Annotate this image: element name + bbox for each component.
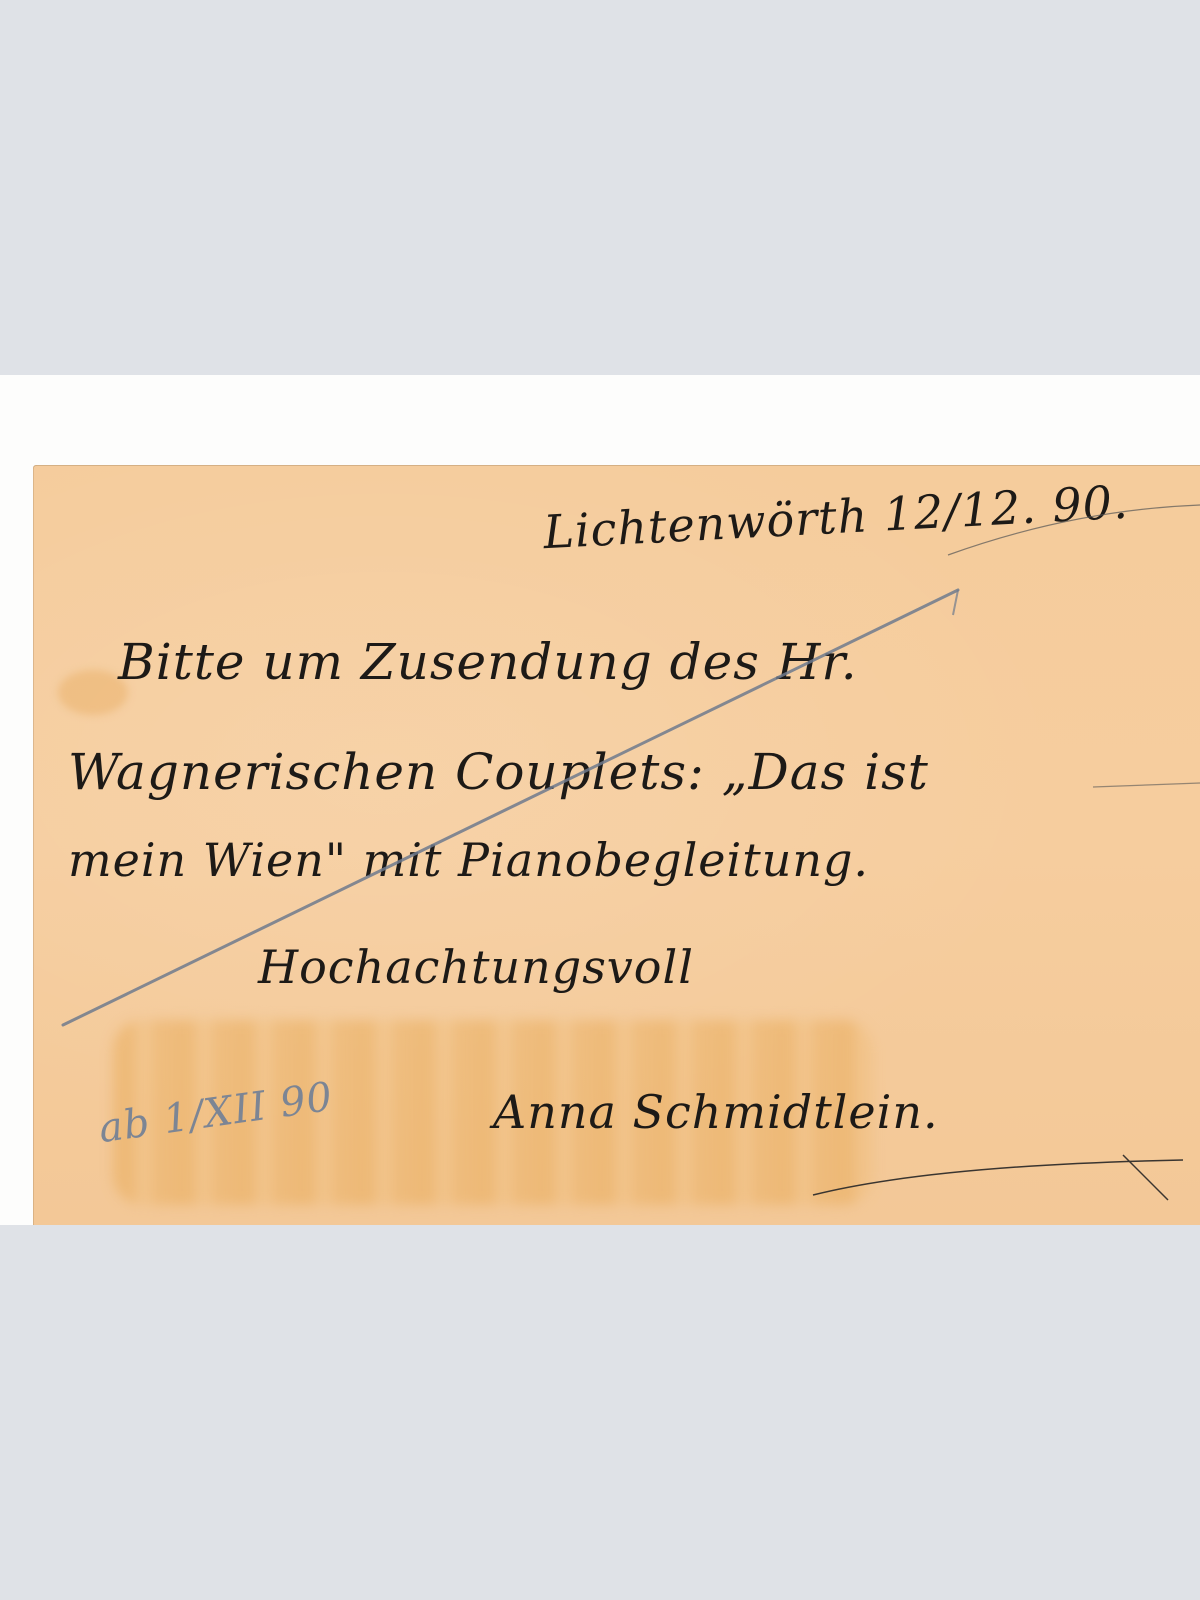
signature: Anna Schmidtlein. [493, 1085, 939, 1139]
postcard: Lichtenwörth 12/12. 90. Bitte um Zusendu… [33, 465, 1200, 1225]
body-line-3: mein Wien" mit Pianobegleitung. [68, 833, 869, 887]
body-line-2: Wagnerischen Couplets: „Das ist [68, 743, 929, 801]
body-line-1: Bitte um Zusendung des Hr. [118, 633, 858, 691]
closing: Hochachtungsvoll [258, 940, 694, 994]
place-date: Lichtenwörth 12/12. 90. [542, 475, 1130, 560]
